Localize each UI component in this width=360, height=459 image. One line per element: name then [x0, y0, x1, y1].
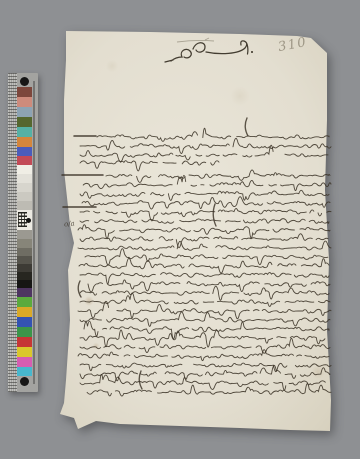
marginal-annotation: o/a [64, 219, 76, 228]
manuscript-page [0, 0, 360, 459]
photograph-backdrop: 310 o/a [0, 0, 360, 459]
paper-sheet [0, 0, 360, 459]
